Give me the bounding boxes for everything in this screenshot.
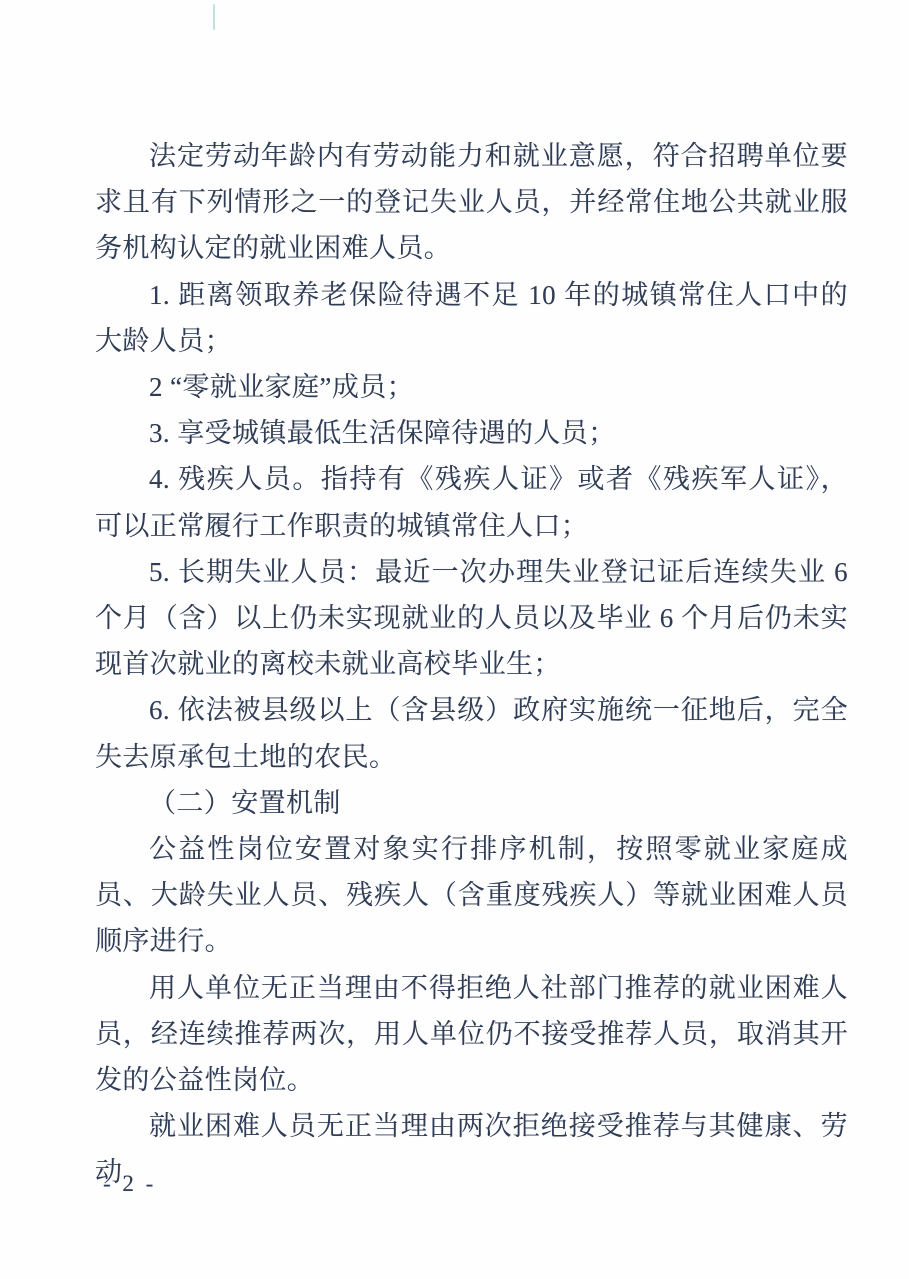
paragraph: 3. 享受城镇最低生活保障待遇的人员；: [95, 410, 848, 456]
section-heading: （二）安置机制: [95, 780, 848, 826]
page-number: - 2 -: [103, 1171, 156, 1197]
paragraph: 5. 长期失业人员：最近一次办理失业登记证后连续失业 6 个月（含）以上仍未实现…: [95, 549, 848, 688]
scan-artifact: [213, 4, 215, 30]
paragraph: 公益性岗位安置对象实行排序机制，按照零就业家庭成员、大龄失业人员、残疾人（含重度…: [95, 826, 848, 965]
document-body: 法定劳动年龄内有劳动能力和就业意愿，符合招聘单位要求且有下列情形之一的登记失业人…: [95, 133, 848, 1196]
paragraph: 2 “零就业家庭”成员；: [95, 364, 848, 410]
paragraph: 1. 距离领取养老保险待遇不足 10 年的城镇常住人口中的大龄人员；: [95, 272, 848, 364]
paragraph: 6. 依法被县级以上（含县级）政府实施统一征地后，完全失去原承包土地的农民。: [95, 687, 848, 779]
paragraph: 就业困难人员无正当理由两次拒绝接受推荐与其健康、劳动: [95, 1103, 848, 1195]
paragraph: 4. 残疾人员。指持有《残疾人证》或者《残疾军人证》，可以正常履行工作职责的城镇…: [95, 456, 848, 548]
document-page: 法定劳动年龄内有劳动能力和就业意愿，符合招聘单位要求且有下列情形之一的登记失业人…: [0, 0, 909, 1279]
paragraph: 用人单位无正当理由不得拒绝人社部门推荐的就业困难人员，经连续推荐两次，用人单位仍…: [95, 965, 848, 1104]
paragraph: 法定劳动年龄内有劳动能力和就业意愿，符合招聘单位要求且有下列情形之一的登记失业人…: [95, 133, 848, 272]
